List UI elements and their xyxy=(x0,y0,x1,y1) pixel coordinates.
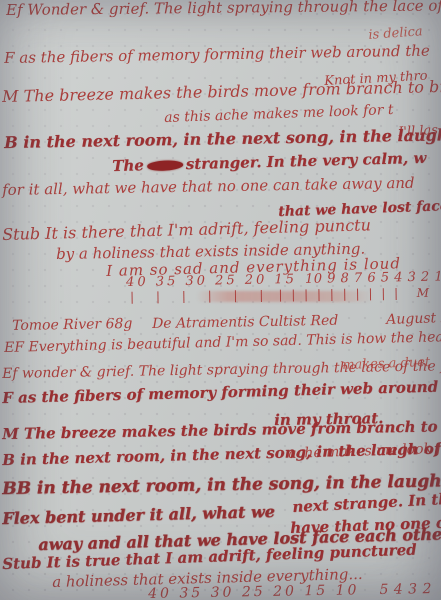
dry-test-ticks-left: | | | | | | xyxy=(130,288,273,304)
handwriting-line-f: F as the fibers of memory forming their … xyxy=(4,44,430,67)
scribbled-out-word xyxy=(147,160,184,172)
handwriting-line-bb-cont: next strange. In the la xyxy=(292,490,441,516)
handwriting-line-ef-cont: is delica xyxy=(368,25,423,42)
handwriting-fragment: The xyxy=(112,156,144,175)
ink-test-page: Ef Wonder & grief. The light spraying th… xyxy=(0,0,441,600)
handwriting-line-m: M The breeze makes the birds move from b… xyxy=(2,418,441,443)
handwriting-line-ef: Ef Wonder & grief. The light spraying th… xyxy=(6,0,441,19)
bottom-numbers-right: 5 4 3 2 xyxy=(379,581,432,598)
handwriting-line-flex: Flex bent under it all, what we xyxy=(2,504,275,528)
handwriting-line-b: B in the next room, in the next song, in… xyxy=(4,127,441,152)
dry-test-numbers-right: 10 9 8 7 6 5 4 3 2 1 xyxy=(305,269,441,286)
test-date: August 2 xyxy=(386,311,441,328)
handwriting-line-f: F as the fibers of memory forming their … xyxy=(2,378,441,407)
dry-test-end-mark: M xyxy=(417,286,429,300)
handwriting-line-m-cont: as this ache makes me look for t xyxy=(164,103,394,126)
dry-test-ticks-right: | | | | | | | | | | xyxy=(278,286,400,302)
handwriting-line-b: B in the next room, in the next song, in… xyxy=(2,441,441,469)
handwriting-line-flex: for it all, what we have that no one can… xyxy=(2,176,415,199)
handwriting-line-ef1: EF Everything is beautiful and I'm so sa… xyxy=(4,330,441,355)
dry-test-ticks: | | | | | || | | | | | | | | |M xyxy=(130,287,429,304)
handwriting-fragment: stranger. In the very calm, w xyxy=(186,149,427,173)
bottom-numbers-left: 40 35 30 25 20 15 10 xyxy=(148,582,360,600)
bottom-dry-test-numbers: 40 35 30 25 20 15 105 4 3 2 xyxy=(148,582,432,600)
handwriting-line-b-cont: Thestranger. In the very calm, w xyxy=(112,151,426,175)
paper-name: Tomoe River 68g xyxy=(12,317,133,334)
ink-name: De Atramentis Cultist Red xyxy=(152,314,338,332)
